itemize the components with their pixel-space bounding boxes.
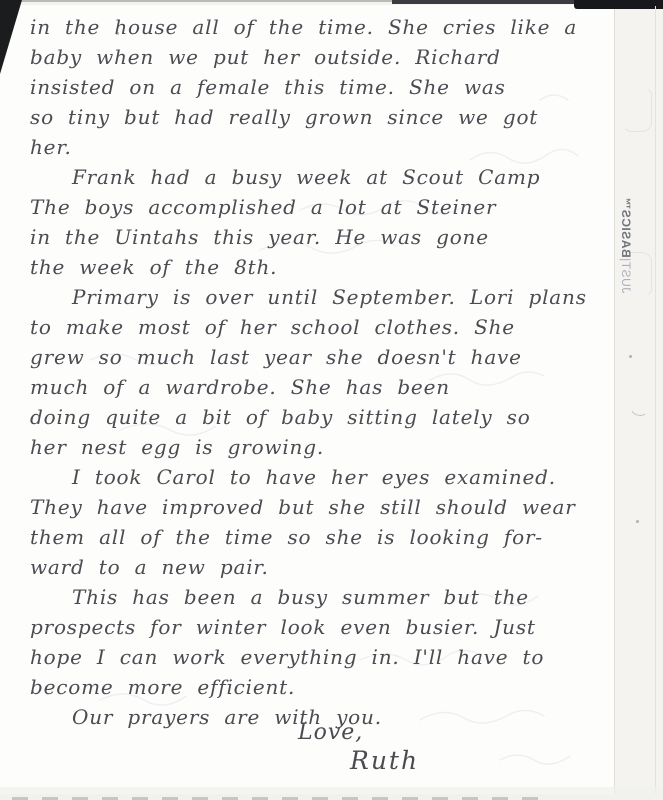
handwriting-line: This has been a busy summer but the	[30, 582, 608, 612]
handwriting-line: Frank had a busy week at Scout Camp	[30, 162, 608, 192]
handwriting-line: I took Carol to have her eyes examined.	[30, 462, 608, 492]
handwriting-line: her.	[30, 132, 608, 162]
handwriting-line: doing quite a bit of baby sitting lately…	[30, 402, 608, 432]
scanner-corner-shadow	[574, 0, 663, 9]
handwriting-line: in the house all of the time. She cries …	[30, 12, 608, 42]
handwriting-line: become more efficient.	[30, 672, 608, 702]
scanner-top-shadow	[392, 0, 582, 4]
handwriting-line: ward to a new pair.	[30, 552, 608, 582]
handwriting-line: Primary is over until September. Lori pl…	[30, 282, 608, 312]
handwriting-line: hope I can work everything in. I'll have…	[30, 642, 608, 672]
handwriting-line: in the Uintahs this year. He was gone	[30, 222, 608, 252]
handwriting-line: prospects for winter look even busier. J…	[30, 612, 608, 642]
handwriting-line: so tiny but had really grown since we go…	[30, 102, 608, 132]
handwriting-line: baby when we put her outside. Richard	[30, 42, 608, 72]
handwriting-line: insisted on a female this time. She was	[30, 72, 608, 102]
paper-curl-artifact	[622, 86, 652, 132]
dust-speck	[629, 355, 632, 358]
handwriting-line: them all of the time so she is looking f…	[30, 522, 608, 552]
letter-closing: Love,	[298, 720, 363, 745]
brand-label-just: JUST|	[619, 258, 633, 294]
notepad-brand-label: JUST|BASICS™	[604, 182, 648, 308]
handwriting-line: the week of the 8th.	[30, 252, 608, 282]
signature: Ruth	[350, 746, 419, 775]
paper-crease-artifact	[628, 394, 652, 418]
handwriting-line: They have improved but she still should …	[30, 492, 608, 522]
brand-label-basics: BASICS™	[619, 197, 633, 258]
scanned-letter-page: in the house all of the time. She cries …	[0, 0, 663, 800]
dust-speck	[636, 520, 639, 523]
handwriting-line: grew so much last year she doesn't have	[30, 342, 608, 372]
letter-lines: in the house all of the time. She cries …	[30, 12, 608, 732]
handwriting-line: The boys accomplished a lot at Steiner	[30, 192, 608, 222]
handwriting-line: her nest egg is growing.	[30, 432, 608, 462]
handwriting-line: to make most of her school clothes. She	[30, 312, 608, 342]
next-sheet-edge	[655, 6, 656, 794]
handwriting-line: much of a wardrobe. She has been	[30, 372, 608, 402]
